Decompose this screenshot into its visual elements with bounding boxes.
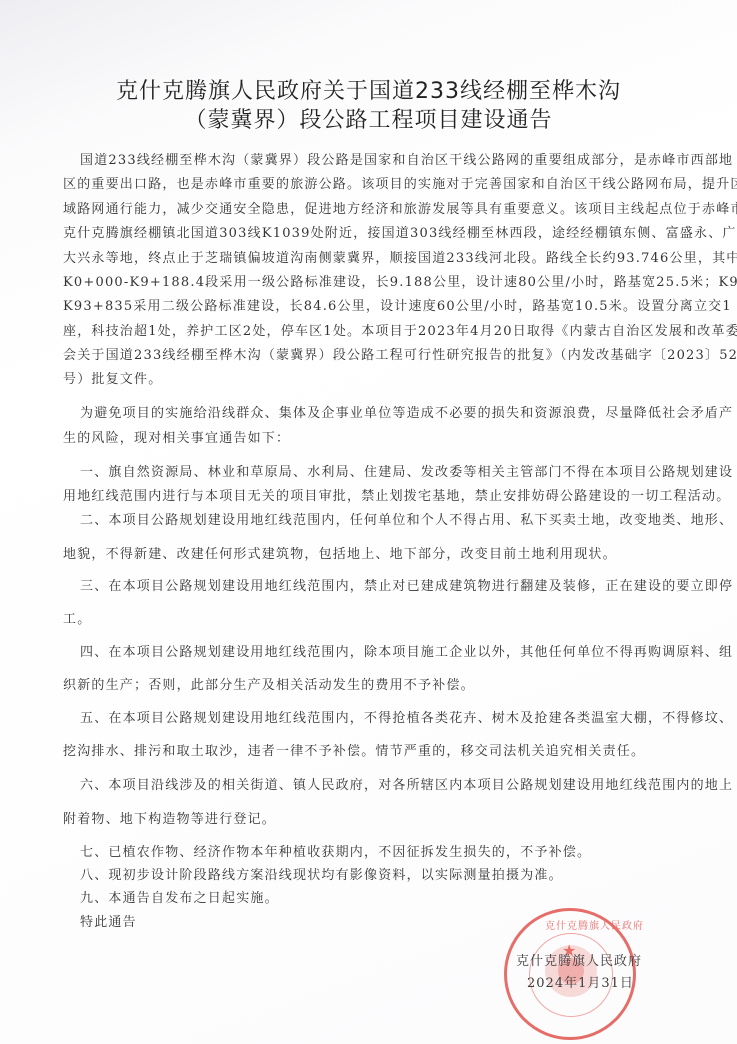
item-line: 三、在本项目公路规划建设用地红线范围内，禁止对已建成建筑物进行翻建及装修，正在建… — [80, 580, 683, 593]
item-line: 六、本项目沿线涉及的相关街道、镇人民政府，对各所辖区内本项目公路规划建设用地红线… — [80, 779, 683, 792]
notice-item-9: 九、本通告自发布之日起实施。 — [80, 892, 683, 905]
intro-line: 国道233线经棚至桦木沟（蒙冀界）段公路是国家和自治区干线公路网的重要组成部分，… — [80, 154, 683, 167]
purpose-line: 为避免项目的实施给沿线群众、集体及企事业单位等造成不必要的损失和资源浪费，尽量降… — [80, 407, 683, 420]
item-line: 用地红线范围内进行与本项目无关的项目审批，禁止划拨宅基地，禁止安排妨碍公路建设的… — [63, 490, 683, 503]
official-seal: ★ 克什克腾旗人民政府 — [504, 908, 636, 1040]
intro-line: 大兴永等地，终点止于芝瑞镇偏坡道沟南侧蒙冀界，顺接国道233线河北段。路线全长约… — [63, 252, 683, 265]
notice-item-7: 七、已植农作物、经济作物本年种植收获期内，不因征拆发生损失的，不予补偿。 — [80, 846, 683, 859]
seal-arc-text: 克什克腾旗人民政府 — [545, 917, 644, 932]
document-page: 克什克腾旗人民政府关于国道233线经棚至桦木沟 （蒙冀界）段公路工程项目建设通告… — [0, 0, 737, 1044]
item-line: 二、本项目公路规划建设用地红线范围内，任何单位和个人不得占用、私下买卖土地，改变… — [80, 514, 683, 527]
intro-line: 会关于国道233线经棚至桦木沟（蒙冀界）段公路工程可行性研究报告的批复》（内发改… — [63, 349, 683, 362]
intro-line: 克什克腾旗经棚镇北国道303线K1039处附近，接国道303线经棚至林西段，途经… — [63, 227, 683, 240]
intro-line: K93+835采用二级公路标准建设，长84.6公里，设计速度60公里/小时，路基… — [63, 300, 683, 313]
intro-line: 域路网通行能力，减少交通安全隐患，促进地方经济和旅游发展等具有重要意义。该项目主… — [63, 203, 683, 216]
signature-organization: 克什克腾旗人民政府 — [516, 955, 642, 968]
intro-line: K0+000-K9+188.4段采用一级公路标准建设，长9.188公里，设计速8… — [63, 276, 683, 289]
item-line: 一、旗自然资源局、林业和草原局、水利局、住建局、发改委等相关主管部门不得在本项目… — [80, 466, 683, 479]
intro-line: 座，科技治超1处，养护工区2处，停车区1处。本项目于2023年4月20日取得《内… — [63, 325, 683, 338]
item-line: 附着物、地下构造物等进行登记。 — [63, 813, 683, 826]
document-title-line-2: （蒙冀界）段公路工程项目建设通告 — [0, 110, 737, 132]
notice-item-8: 八、现初步设计阶段路线方案沿线现状均有影像资料，以实际测量拍摄为准。 — [80, 869, 683, 882]
signature-date: 2024年1月31日 — [527, 977, 634, 990]
item-line: 四、在本项目公路规划建设用地红线范围内，除本项目施工企业以外，其他任何单位不得再… — [80, 646, 683, 659]
item-line: 挖沟排水、排污和取土取沙，违者一律不予补偿。情节严重的，移交司法机关追究相关责任… — [63, 745, 683, 758]
purpose-line: 生的风险，现对相关事宜通告如下： — [63, 432, 683, 445]
intro-line: 号）批复文件。 — [63, 373, 683, 386]
document-title-line-1: 克什克腾旗人民政府关于国道233线经棚至桦木沟 — [0, 81, 737, 103]
item-line: 工。 — [63, 613, 683, 626]
item-line: 织新的生产；否则，此部分生产及相关活动发生的费用不予补偿。 — [63, 679, 683, 692]
item-line: 地貌，不得新建、改建任何形式建筑物，包括地上、地下部分，改变目前土地利用现状。 — [63, 548, 683, 561]
item-line: 五、在本项目公路规划建设用地红线范围内，不得抢植各类花卉、树木及抢建各类温室大棚… — [80, 712, 683, 725]
intro-line: 区的重要出口路，也是赤峰市重要的旅游公路。该项目的实施对于完善国家和自治区干线公… — [63, 178, 683, 191]
